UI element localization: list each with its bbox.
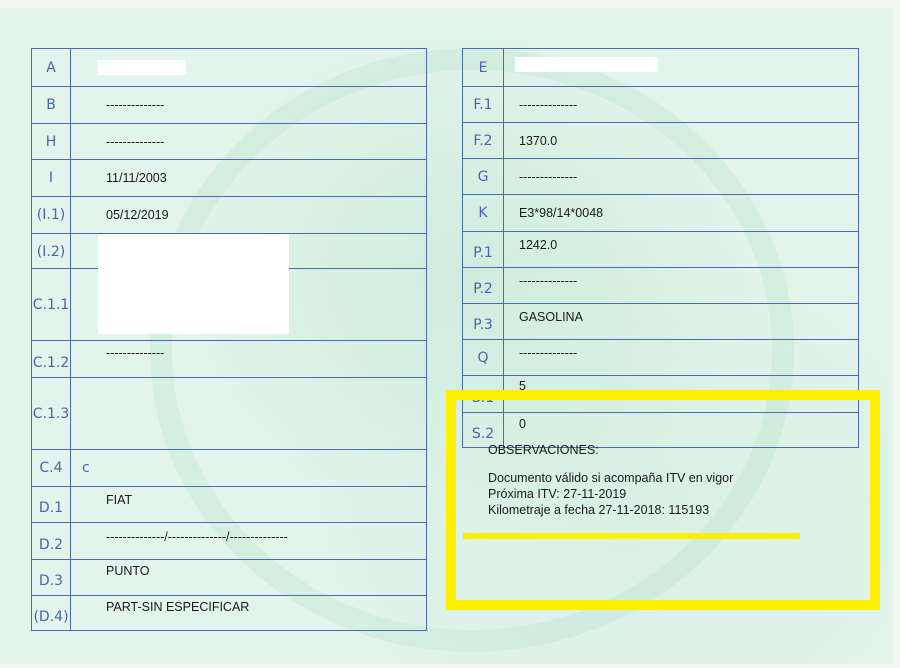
table-row: P.3 GASOLINA [463,303,858,339]
field-code: G [463,159,504,194]
field-value: c [82,460,90,476]
field-code: E [463,49,504,86]
table-row: B -------------- [32,86,426,123]
field-code: A [32,49,71,86]
field-code: B [32,87,71,123]
highlight-annotation-box [446,390,880,610]
table-row: C.4 c [32,449,426,486]
field-code: D.2 [32,523,71,559]
table-row: D.2 --------------/--------------/------… [32,522,426,559]
field-code: (I.2) [32,234,71,269]
field-code: F.2 [463,123,504,158]
redacted-value [515,57,658,72]
field-code: C.1.3 [32,378,71,449]
field-value: GASOLINA [519,310,583,324]
field-code: H [32,124,71,160]
table-row: E [463,49,858,86]
field-value: PUNTO [106,564,150,578]
field-code: D.3 [32,560,71,595]
field-code: P.3 [463,304,504,339]
field-value: -------------- [106,346,164,360]
table-row: H -------------- [32,123,426,160]
field-value: -------------- [519,346,577,360]
field-code: P.1 [463,232,504,267]
table-row: F.1 -------------- [463,86,858,122]
right-table: E F.1 -------------- F.2 1370.0 G ------… [462,48,859,448]
table-row: Q -------------- [463,339,858,375]
field-value: -------------- [106,98,164,112]
field-value: PART-SIN ESPECIFICAR [106,600,249,614]
field-code: I [32,160,71,196]
field-code: D.1 [32,487,71,522]
field-value: --------------/--------------/----------… [106,530,288,544]
field-code: C.1.2 [32,341,71,377]
field-value: 1242.0 [519,238,557,252]
field-value: -------------- [519,98,577,112]
field-code: Q [463,340,504,375]
table-row: C.1.3 [32,377,426,449]
field-value: 05/12/2019 [106,208,169,222]
highlight-underline [463,533,800,539]
redacted-value [98,60,186,75]
table-row: (I.1) 05/12/2019 [32,196,426,233]
field-value: 11/11/2003 [106,171,167,185]
field-code: (I.1) [32,197,71,233]
table-row: D.3 PUNTO [32,559,426,595]
table-row: A [32,49,426,86]
field-value: FIAT [106,493,132,507]
table-row: P.2 -------------- [463,267,858,303]
table-row: G -------------- [463,158,858,194]
table-row: D.1 FIAT [32,486,426,522]
field-value: -------------- [519,170,577,184]
field-code: (D.4) [32,596,71,631]
field-value: -------------- [106,135,164,149]
field-code: F.1 [463,87,504,122]
field-code: K [463,195,504,231]
table-row: K E3*98/14*0048 [463,194,858,231]
left-table: A B -------------- H -------------- I 11… [31,48,427,631]
table-row: C.1.2 -------------- [32,340,426,377]
table-row: I 11/11/2003 [32,159,426,196]
table-row: P.1 1242.0 [463,231,858,267]
field-code: C.1.1 [32,269,71,340]
table-row: (D.4) PART-SIN ESPECIFICAR [32,595,426,631]
field-value: 1370.0 [519,134,557,148]
field-value: E3*98/14*0048 [519,206,603,220]
field-code: C.4 [32,450,71,486]
field-value: -------------- [519,274,577,288]
table-row: F.2 1370.0 [463,122,858,158]
redacted-holder-block [98,234,289,334]
field-code: P.2 [463,268,504,303]
